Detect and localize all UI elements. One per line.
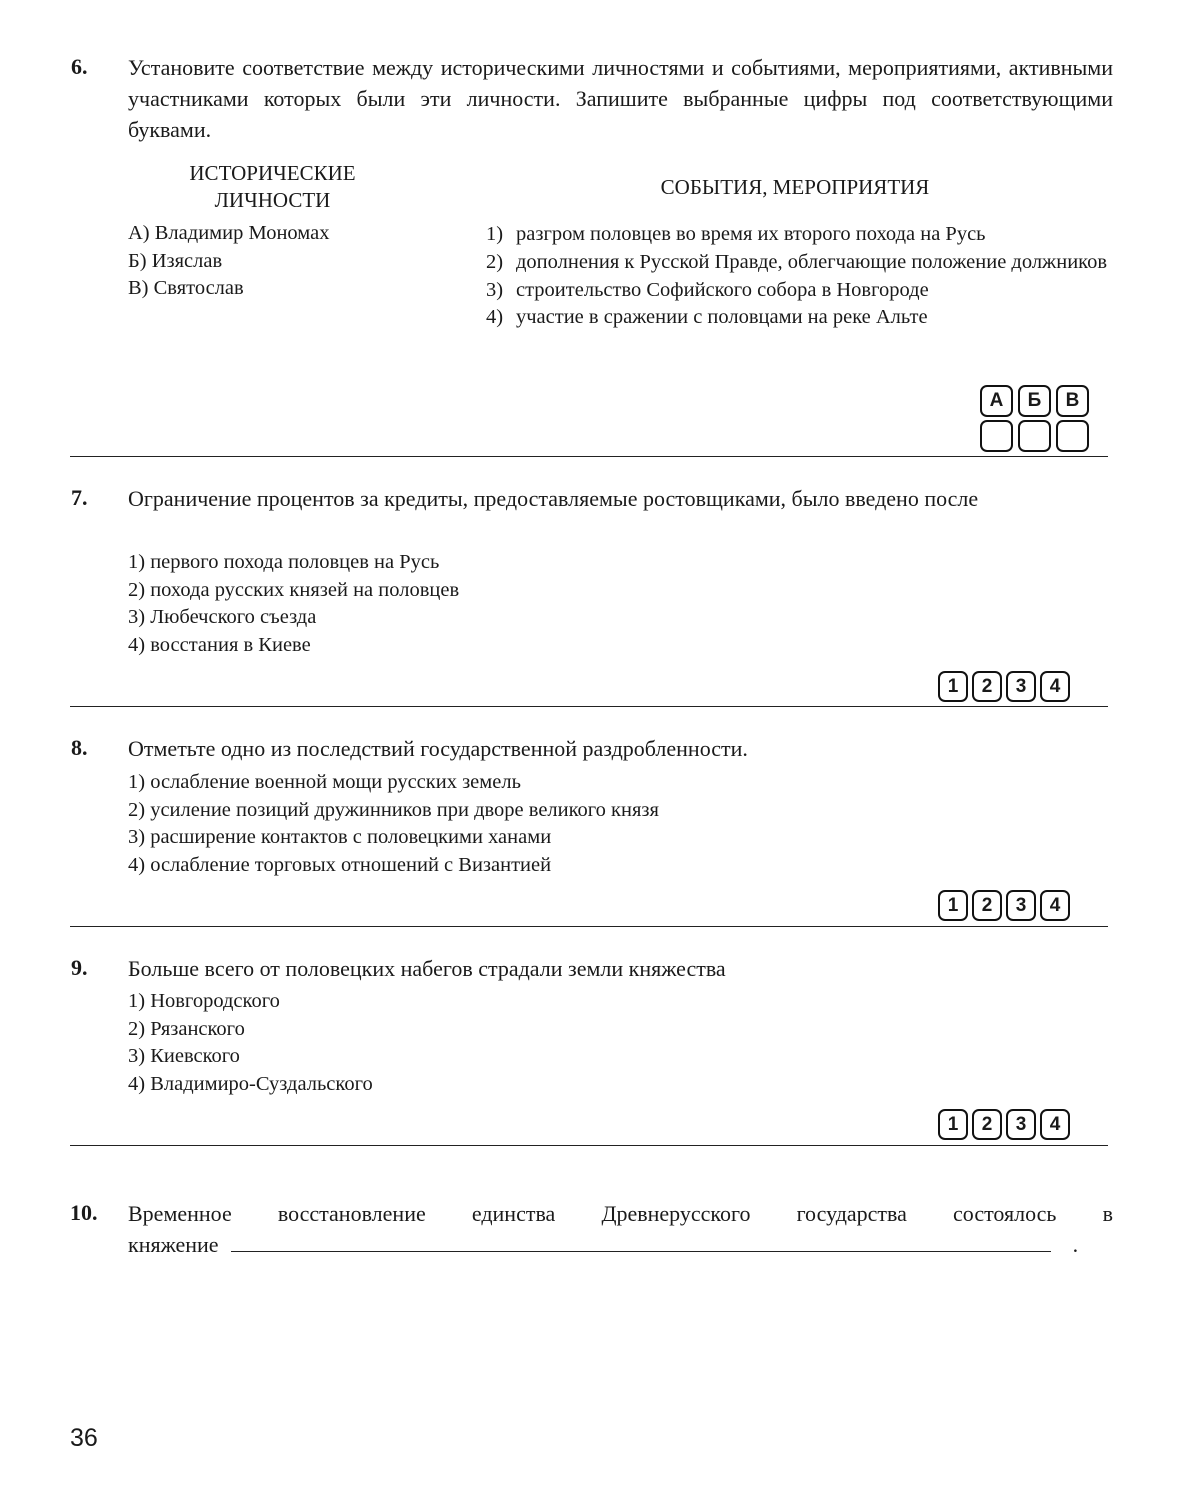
question-number: 9. [71,955,88,981]
list-item: 2) дополнения к Русской Правде, облегчаю… [486,249,1114,277]
personalities-list: А) Владимир Мономах Б) Изяслав В) Святос… [128,220,329,303]
right-column-header: СОБЫТИЯ, МЕРОПРИЯТИЯ [600,174,990,201]
question-text: Ограничение процентов за кредиты, предос… [128,483,1113,514]
question-text: Больше всего от половецких набегов страд… [128,953,1113,984]
answer-letter-v: В [1056,385,1089,417]
option-4: 4) Владимиро-Суздальского [128,1071,373,1099]
option-4: 4) восстания в Киеве [128,632,459,660]
options-list: 1) ослабление военной мощи русских земел… [128,769,659,880]
question-text: Отметьте одно из последствий государстве… [128,733,1113,764]
answer-boxes: 1 2 3 4 [938,890,1070,921]
question-text: Установите соответствие между историческ… [128,52,1113,145]
answer-letter-a: А [980,385,1013,417]
list-item: В) Святослав [128,275,329,303]
answer-box-1[interactable]: 1 [938,890,968,921]
option-1: 1) Новгородского [128,988,373,1016]
option-3: 3) расширение контактов с половецкими ха… [128,824,659,852]
answer-fill-line[interactable] [231,1231,1051,1252]
answer-boxes: 1 2 3 4 [938,1109,1070,1140]
option-1: 1) первого похода половцев на Русь [128,549,459,577]
answer-box-2[interactable]: 2 [972,1109,1002,1140]
answer-box-3[interactable]: 3 [1006,1109,1036,1140]
page-number: 36 [70,1424,98,1453]
answer-box-4[interactable]: 4 [1040,1109,1070,1140]
answer-box-4[interactable]: 4 [1040,890,1070,921]
option-1: 1) ослабление военной мощи русских земел… [128,769,659,797]
option-3: 3) Киевского [128,1043,373,1071]
question-text: Временное восстановление единства Древне… [128,1198,1113,1260]
option-3: 3) Любечского съезда [128,604,459,632]
list-item: 3) строительство Софийского собора в Нов… [486,277,1114,305]
option-2: 2) похода русских князей на половцев [128,577,459,605]
answer-box-2[interactable]: 2 [972,890,1002,921]
list-item: Б) Изяслав [128,248,329,276]
option-2: 2) усиление позиций дружинников при двор… [128,797,659,825]
divider [70,456,1108,457]
answer-input-b[interactable] [1018,420,1051,452]
answer-box-1[interactable]: 1 [938,671,968,702]
option-2: 2) Рязанского [128,1016,373,1044]
options-list: 1) первого похода половцев на Русь 2) по… [128,549,459,660]
answer-box-2[interactable]: 2 [972,671,1002,702]
left-column-header: ИСТОРИЧЕСКИЕ ЛИЧНОСТИ [150,160,395,214]
answer-box-4[interactable]: 4 [1040,671,1070,702]
options-list: 1) Новгородского 2) Рязанского 3) Киевск… [128,988,373,1099]
divider [70,1145,1108,1146]
answer-box-1[interactable]: 1 [938,1109,968,1140]
divider [70,926,1108,927]
question-number: 8. [71,735,88,761]
answer-grid: А Б В [980,385,1089,452]
list-item: А) Владимир Мономах [128,220,329,248]
list-item: 1) разгром половцев во время их второго … [486,221,1114,249]
events-list: 1) разгром половцев во время их второго … [486,221,1114,332]
question-number: 7. [71,485,88,511]
answer-letter-b: Б [1018,385,1051,417]
question-number: 6. [71,54,88,80]
divider [70,706,1108,707]
option-4: 4) ослабление торговых отношений с Визан… [128,852,659,880]
answer-input-v[interactable] [1056,420,1089,452]
answer-box-3[interactable]: 3 [1006,671,1036,702]
question-number: 10. [70,1200,98,1226]
answer-input-a[interactable] [980,420,1013,452]
list-item: 4) участие в сражении с половцами на рек… [486,304,1114,332]
answer-box-3[interactable]: 3 [1006,890,1036,921]
answer-boxes: 1 2 3 4 [938,671,1070,702]
